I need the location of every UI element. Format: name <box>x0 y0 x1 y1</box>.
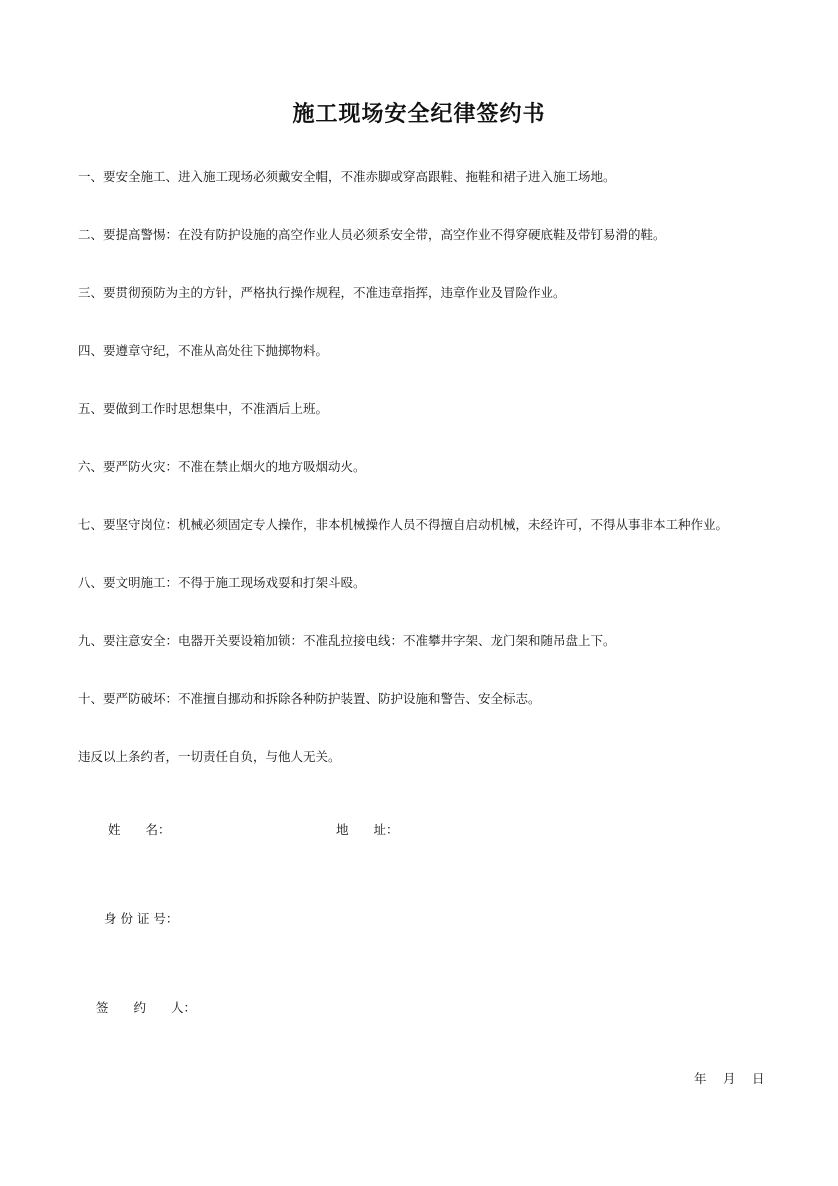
signer-field-label: 签 约 人： <box>96 999 196 1017</box>
clause-1: 一、要安全施工、进入施工现场必须戴安全帽，不准赤脚或穿高跟鞋、拖鞋和裙子进入施工… <box>78 168 616 186</box>
clause-4: 四、要遵章守纪，不准从高处往下抛掷物料。 <box>78 342 328 360</box>
disclaimer: 违反以上条约者，一切责任自负，与他人无关。 <box>78 748 341 766</box>
clause-2: 二、要提高警惕：在没有防护设施的高空作业人员必须系安全带，高空作业不得穿硬底鞋及… <box>78 226 666 244</box>
document-title: 施工现场安全纪律签约书 <box>0 100 838 130</box>
clause-10: 十、要严防破坏：不准擅自挪动和拆除各种防护装置、防护设施和警告、安全标志。 <box>78 690 541 708</box>
date-field-label: 年 月 日 <box>694 1070 764 1088</box>
address-field-label: 地 址： <box>336 821 399 839</box>
clause-3: 三、要贯彻预防为主的方针，严格执行操作规程，不准违章指挥，违章作业及冒险作业。 <box>78 284 566 302</box>
clause-7: 七、要坚守岗位：机械必须固定专人操作，非本机械操作人员不得擅自启动机械，未经许可… <box>78 516 728 534</box>
clause-5: 五、要做到工作时思想集中，不准酒后上班。 <box>78 400 328 418</box>
clause-9: 九、要注意安全：电器开关要设箱加锁：不准乱拉接电线：不准攀井字架、龙门架和随吊盘… <box>78 632 616 650</box>
name-field-label: 姓 名： <box>108 821 171 839</box>
clause-8: 八、要文明施工：不得于施工现场戏耍和打架斗殴。 <box>78 574 366 592</box>
id-number-field-label: 身 份 证 号： <box>104 910 178 928</box>
clause-6: 六、要严防火灾：不准在禁止烟火的地方吸烟动火。 <box>78 458 366 476</box>
